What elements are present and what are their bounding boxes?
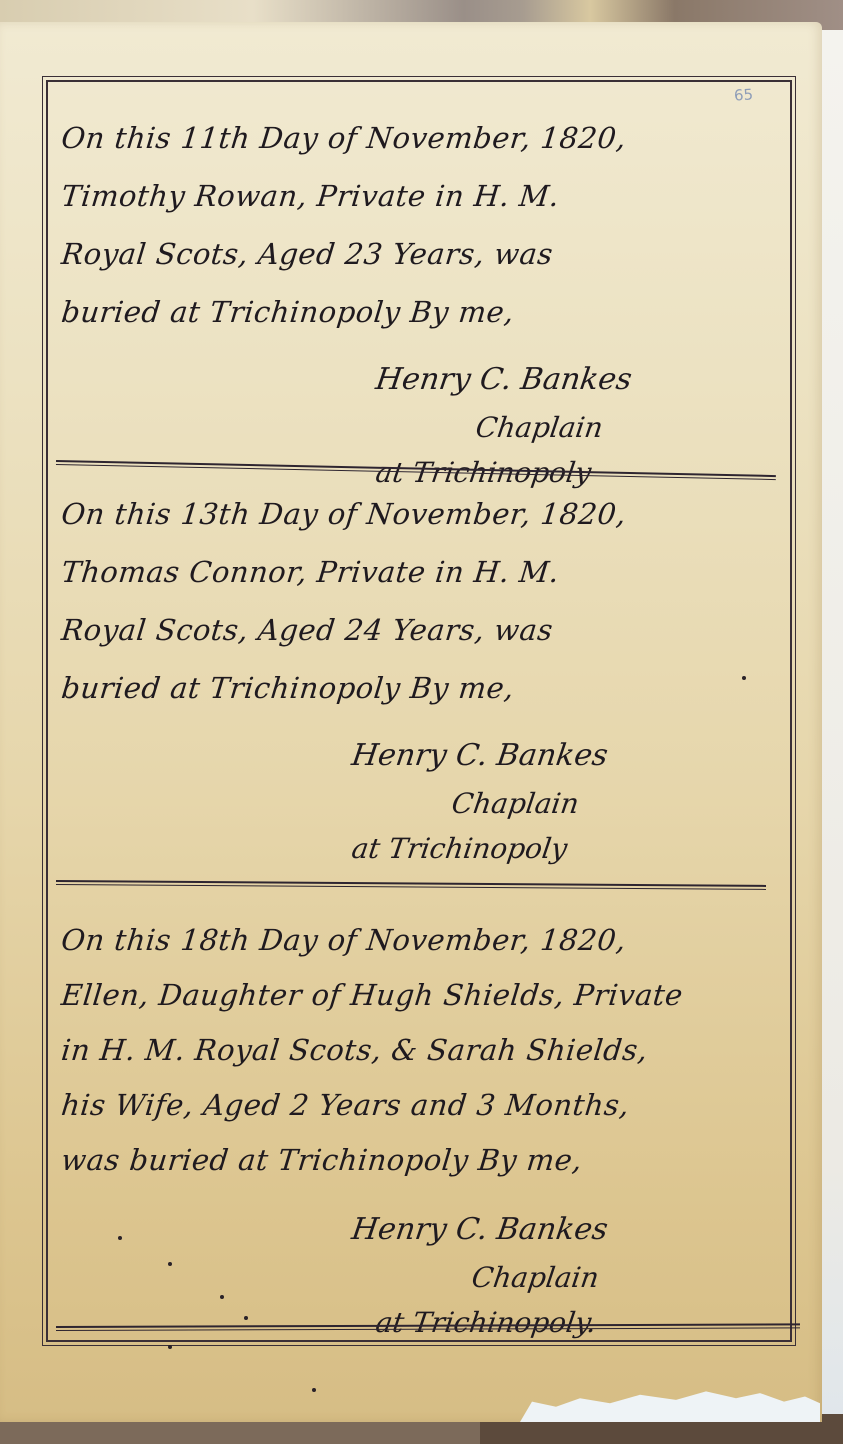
burial-entry-1: On this 11th Day of November, 1820, Timo… (60, 124, 770, 356)
ink-speck (168, 1262, 172, 1266)
entry-line: On this 11th Day of November, 1820, (57, 124, 773, 182)
ink-speck (244, 1316, 248, 1320)
signature-place: at Trichinopoly. (374, 1306, 610, 1339)
signature-name: Henry C. Bankes (374, 362, 635, 397)
entry-line: Royal Scots, Aged 24 Years, was (57, 616, 773, 674)
entry-line: his Wife, Aged 2 Years and 3 Months, (57, 1091, 773, 1146)
chaplain-signature-2: Henry C. Bankes Chaplain at Trichinopoly (352, 738, 608, 865)
ink-speck (118, 1236, 122, 1240)
entry-line: Thomas Connor, Private in H. M. (57, 558, 773, 616)
ink-speck (168, 1345, 172, 1349)
entry-line: On this 18th Day of November, 1820, (57, 926, 773, 981)
chaplain-signature-3: Henry C. Bankes Chaplain at Trichinopoly… (352, 1212, 608, 1339)
entry-line: On this 13th Day of November, 1820, (57, 500, 773, 558)
burial-entry-3: On this 18th Day of November, 1820, Elle… (60, 926, 770, 1201)
entry-line: was buried at Trichinopoly By me, (57, 1146, 773, 1201)
ink-speck (312, 1388, 316, 1392)
signature-name: Henry C. Bankes (350, 738, 611, 773)
entry-line: in H. M. Royal Scots, & Sarah Shields, (57, 1036, 773, 1091)
ink-speck (220, 1295, 224, 1299)
signature-name: Henry C. Bankes (350, 1212, 611, 1247)
entry-line: buried at Trichinopoly By me, (57, 674, 773, 732)
entry-line: Timothy Rowan, Private in H. M. (57, 182, 773, 240)
torn-page-edge (520, 1388, 820, 1422)
signature-title: Chaplain (470, 1261, 610, 1294)
burial-entry-2: On this 13th Day of November, 1820, Thom… (60, 500, 770, 732)
entry-line: buried at Trichinopoly By me, (57, 298, 773, 356)
signature-place: at Trichinopoly (350, 832, 610, 865)
entry-line: Royal Scots, Aged 23 Years, was (57, 240, 773, 298)
entry-line: Ellen, Daughter of Hugh Shields, Private (57, 981, 773, 1036)
signature-title: Chaplain (474, 411, 634, 444)
ink-speck (742, 676, 746, 680)
signature-title: Chaplain (450, 787, 610, 820)
